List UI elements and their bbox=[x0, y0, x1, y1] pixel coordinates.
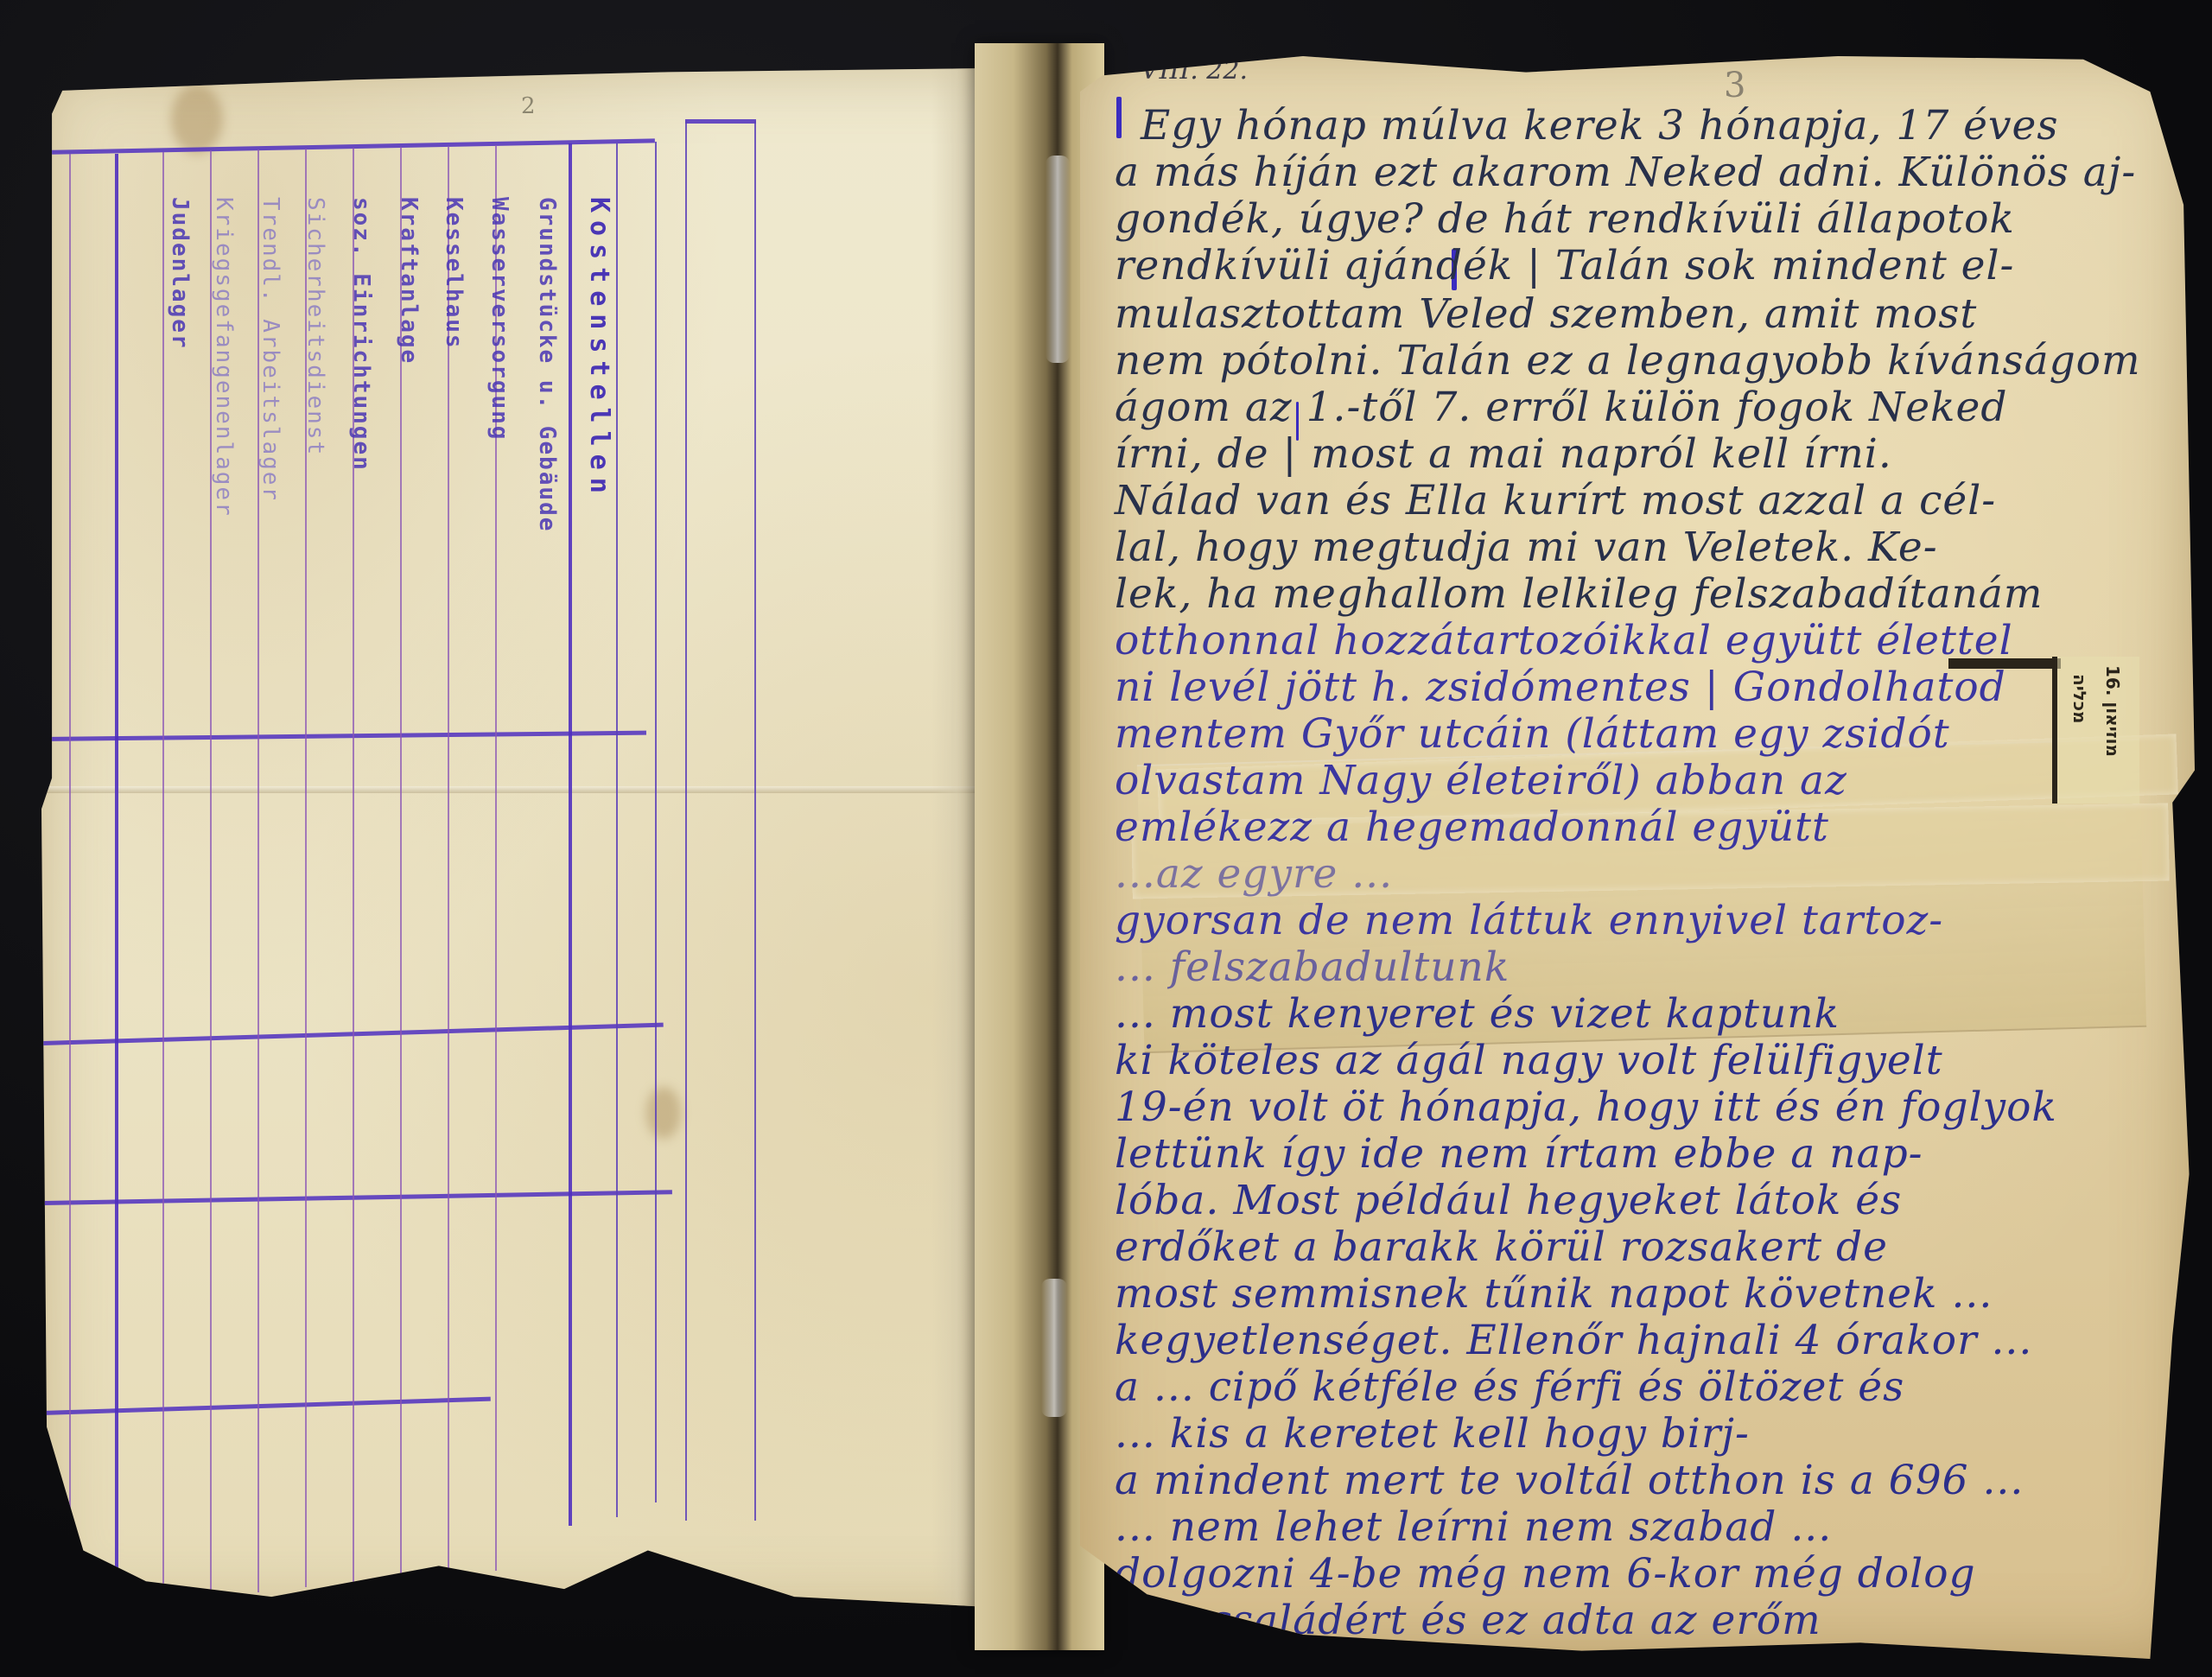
column-heading: Kraftanlage bbox=[396, 197, 422, 365]
letter-line: ... felszabadultunk bbox=[1115, 943, 1510, 991]
letter-line: ... kis a keretet kell hogy birj- bbox=[1115, 1410, 1750, 1458]
letter-line: ... nem lehet leírni nem szabad ... bbox=[1115, 1503, 1832, 1551]
letter-line: a ... cipő kétféle és férfi és öltözet é… bbox=[1115, 1363, 1904, 1411]
box-line bbox=[754, 121, 756, 1521]
archive-label-bar bbox=[1948, 658, 2061, 669]
letter-line: írni, de | most a mai napról kell írni. bbox=[1115, 430, 1892, 478]
row-border bbox=[41, 731, 646, 741]
letter-line: olvastam Nagy életeiről) abban az bbox=[1115, 757, 1847, 804]
letter-line: ... most kenyeret és vizet kaptunk bbox=[1115, 990, 1840, 1038]
column-line bbox=[69, 154, 71, 1588]
letter-line: ...az egyre ... bbox=[1115, 850, 1393, 898]
letter-line: lóba. Most például hegyeket látok és bbox=[1115, 1177, 1902, 1224]
letter-line: a mindent mert te voltál otthon is a 696… bbox=[1115, 1457, 2024, 1504]
box-line bbox=[685, 121, 687, 1521]
column-heading: Trendl. Arbeitslager bbox=[257, 197, 283, 502]
column-line bbox=[616, 143, 618, 1517]
letter-line: mentem Győr utcáin (láttam egy zsidót bbox=[1115, 710, 1950, 758]
column-line bbox=[448, 146, 449, 1580]
letter-line: lek, ha meghallom lelkileg felszabadítan… bbox=[1115, 570, 2043, 618]
column-heading: Kesselhaus bbox=[441, 197, 467, 350]
letter-line: Nálad van és Ella kurírt most azzal a cé… bbox=[1115, 477, 1996, 524]
column-heading: Grundstücke u. Gebäude bbox=[534, 197, 560, 532]
letter-line: kegyetlenséget. Ellenőr hajnali 4 órakor… bbox=[1115, 1317, 2032, 1364]
column-heading: Sicherheitsdienst bbox=[302, 197, 328, 456]
column-line bbox=[162, 152, 164, 1595]
archive-label-line2: 16. מוזיאון bbox=[2102, 665, 2123, 757]
letter-line: ágom az 1.-től 7. erről külön fogok Neke… bbox=[1115, 384, 2007, 431]
box-top-border bbox=[685, 119, 756, 124]
letter-line: rendkívüli ajándék | Talán sok mindent e… bbox=[1115, 242, 2014, 289]
margin-mark bbox=[1116, 97, 1122, 138]
column-heading: Wasserversorgung bbox=[486, 197, 512, 441]
column-line bbox=[655, 142, 657, 1502]
letter-line: lettünk így ide nem írtam ebbe a nap- bbox=[1115, 1130, 1923, 1178]
form-top-border bbox=[41, 138, 655, 155]
column-heading: Judenlager bbox=[167, 197, 193, 350]
column-heading: soz. Einrichtungen bbox=[348, 197, 374, 472]
letter-line: gyorsan de nem láttuk ennyivel tartoz- bbox=[1115, 897, 1943, 944]
letter-line: erdőket a barakk körül rozsakert de bbox=[1115, 1223, 1888, 1271]
column-heading: Kriegsgefangenenlager bbox=[211, 197, 237, 518]
archive-label: מכליה 16. מוזיאון bbox=[2052, 657, 2139, 804]
letter-line: lal, hogy megtudja mi van Veletek. Ke- bbox=[1115, 524, 1938, 571]
letter-line: otthonnal hozzátartozóikkal együtt élett… bbox=[1115, 617, 2013, 664]
tape-reflection bbox=[1041, 1279, 1067, 1417]
letter-line: 19-én volt öt hónapja, hogy itt és én fo… bbox=[1115, 1083, 2057, 1131]
letter-line: dolgozni 4-be még nem 6-kor még dolog bbox=[1115, 1550, 1976, 1598]
letter-line: nem pótolni. Talán ez a legnagyobb kíván… bbox=[1115, 337, 2141, 384]
column-line bbox=[569, 143, 572, 1526]
letter-line: emlékezz a hegemadonnál együtt bbox=[1115, 804, 1829, 851]
letter-line: a más híján ezt akarom Neked adni. Külön… bbox=[1115, 149, 2136, 196]
letter-line: ki köteles az ágál nagy volt felülfigyel… bbox=[1115, 1037, 1943, 1084]
letter-line: most semmisnek tűnik napot követnek ... bbox=[1115, 1270, 1993, 1318]
form-table: Kostenstellen Grundstücke u. Gebäude Was… bbox=[41, 67, 1087, 1612]
letter-line: ni levél jött h. zsidómentes | Gondolhat… bbox=[1115, 664, 2006, 711]
column-line bbox=[115, 154, 118, 1605]
right-page-letter: VIII. 22. 3 Egy hónap múlva kerek 3 hóna… bbox=[1080, 43, 2195, 1659]
archive-label-line1: מכליה bbox=[2069, 674, 2090, 724]
tape-reflection bbox=[1046, 156, 1070, 363]
letter-line: Egy hónap múlva kerek 3 hónapja, 17 éves bbox=[1141, 102, 2058, 149]
form-title: Kostenstellen bbox=[584, 197, 614, 501]
row-border bbox=[41, 1190, 672, 1205]
letter-line: gondék, úgye? de hát rendkívüli állapoto… bbox=[1115, 195, 2015, 243]
pencil-page-number: 3 bbox=[1724, 66, 1745, 105]
row-border bbox=[41, 1397, 491, 1415]
left-page-form: 2 Kostenstellen Grundstücke u. Gebäude W… bbox=[41, 67, 1087, 1612]
letter-line: mulasztottam Veled szemben, amit most bbox=[1115, 290, 1977, 338]
